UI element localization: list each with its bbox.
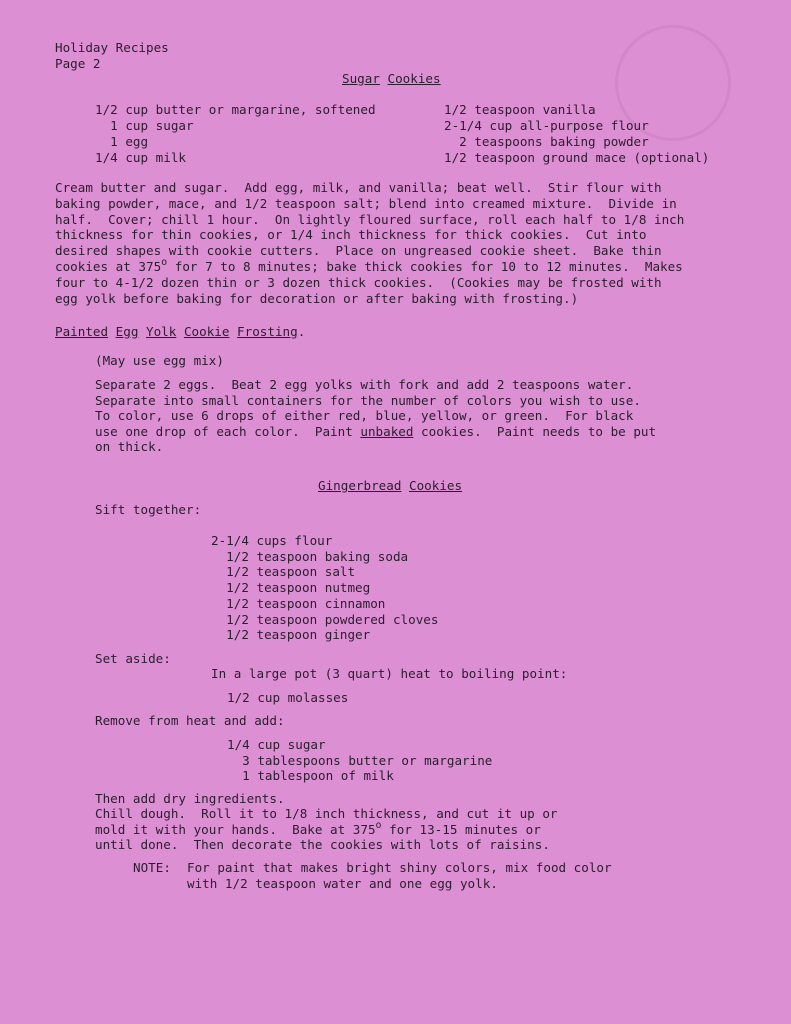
direction-line: egg yolk before baking for decoration or… <box>55 291 578 307</box>
ingredient-line: 2 teaspoons baking powder <box>444 134 649 150</box>
set-aside-label: Set aside: <box>95 651 171 667</box>
ingredient-line: 1/2 teaspoon salt <box>211 564 355 580</box>
frosting-line: To color, use 6 drops of either red, blu… <box>95 408 633 424</box>
frosting-title: Painted Egg Yolk Cookie Frosting. <box>55 324 305 340</box>
final-step-2: Chill dough. Roll it to 1/8 inch thickne… <box>95 806 558 822</box>
frosting-line: use one drop of each color. Paint unbake… <box>95 424 656 440</box>
direction-line: desired shapes with cookie cutters. Plac… <box>55 243 662 259</box>
ingredient-line: 3 tablespoons butter or margarine <box>227 753 492 769</box>
ingredient-line: 1/4 cup sugar <box>227 737 326 753</box>
note-label: NOTE: <box>133 860 171 876</box>
sift-label: Sift together: <box>95 502 201 518</box>
molasses-item: 1/2 cup molasses <box>227 690 348 706</box>
header-title: Holiday Recipes <box>55 40 169 56</box>
direction-line: baking powder, mace, and 1/2 teaspoon sa… <box>55 196 677 212</box>
ingredient-line: 2-1/4 cup all-purpose flour <box>444 118 649 134</box>
page-number: Page 2 <box>55 56 101 72</box>
ingredient-line: 1/2 teaspoon cinnamon <box>211 596 385 612</box>
ingredient-line: 1 cup sugar <box>95 118 194 134</box>
ingredient-line: 1/2 teaspoon baking soda <box>211 549 408 565</box>
ingredient-line: 1 egg <box>95 134 148 150</box>
frosting-line: Separate 2 eggs. Beat 2 egg yolks with f… <box>95 377 633 393</box>
ingredient-line: 2-1/4 cups flour <box>211 533 332 549</box>
direction-line: Cream butter and sugar. Add egg, milk, a… <box>55 180 662 196</box>
direction-line: half. Cover; chill 1 hour. On lightly fl… <box>55 212 684 228</box>
direction-line: thickness for thin cookies, or 1/4 inch … <box>55 227 646 243</box>
note-line-1: For paint that makes bright shiny colors… <box>187 860 612 876</box>
ingredient-line: 1/2 teaspoon vanilla <box>444 102 596 118</box>
ingredient-line: 1/2 teaspoon powdered cloves <box>211 612 438 628</box>
recipe-page: Holiday Recipes Page 2 Sugar Cookies 1/2… <box>0 0 791 1024</box>
frosting-note: (May use egg mix) <box>95 353 224 369</box>
remove-label: Remove from heat and add: <box>95 713 285 729</box>
note-line-2: with 1/2 teaspoon water and one egg yolk… <box>187 876 498 892</box>
heat-instruction: In a large pot (3 quart) heat to boiling… <box>211 666 567 682</box>
ingredient-line: 1/2 teaspoon ginger <box>211 627 370 643</box>
ingredient-line: 1/2 teaspoon nutmeg <box>211 580 370 596</box>
frosting-line: on thick. <box>95 439 163 455</box>
ingredient-line: 1/2 teaspoon ground mace (optional) <box>444 150 709 166</box>
ingredient-line: 1 tablespoon of milk <box>227 768 394 784</box>
final-step-4: until done. Then decorate the cookies wi… <box>95 837 550 853</box>
gingerbread-title: Gingerbread Cookies <box>318 478 462 494</box>
sugar-cookies-title: Sugar Cookies <box>342 71 441 87</box>
ingredient-line: 1/4 cup milk <box>95 150 186 166</box>
frosting-line: Separate into small containers for the n… <box>95 393 641 409</box>
final-step-1: Then add dry ingredients. <box>95 791 285 807</box>
ingredient-line: 1/2 cup butter or margarine, softened <box>95 102 376 118</box>
direction-line: four to 4-1/2 dozen thin or 3 dozen thic… <box>55 275 662 291</box>
